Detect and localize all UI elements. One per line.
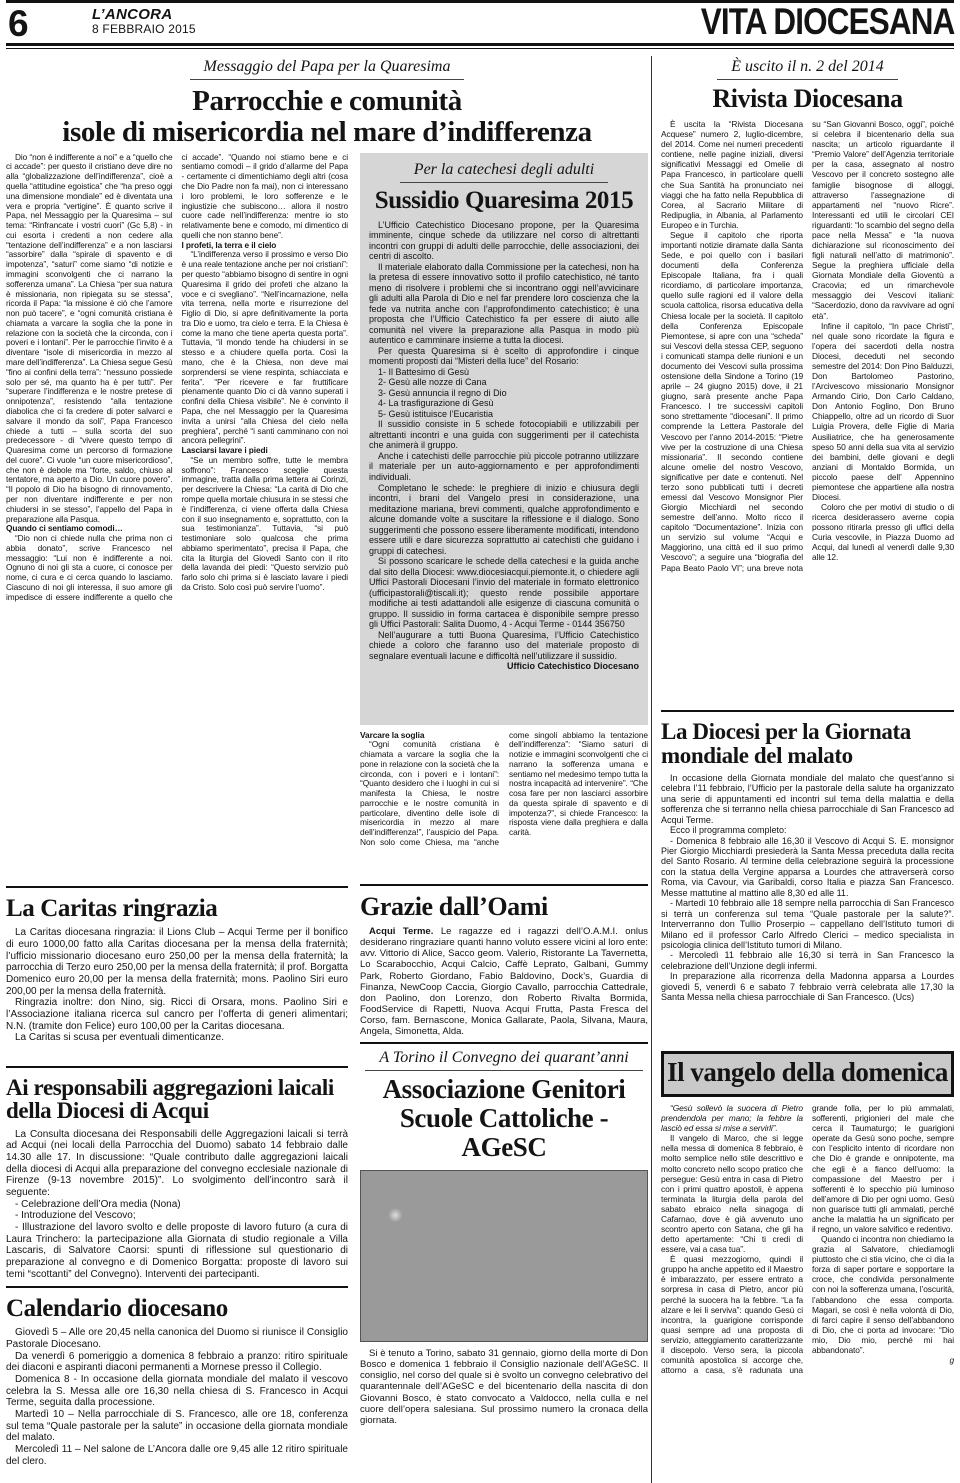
- paragraph: Dio “non è indifferente a noi” e a “quel…: [6, 153, 173, 525]
- paragraph: - Martedì 10 febbraio alle 18 sempre nel…: [661, 898, 954, 950]
- caritas-title: La Caritas ringrazia: [6, 896, 348, 922]
- calendario-body: Giovedì 5 – Alle ore 20,45 nella canonic…: [6, 1327, 348, 1467]
- masthead-title: L’ANCORA: [92, 7, 196, 23]
- paragraph: “Se un membro soffre, tutte le membra so…: [182, 456, 349, 593]
- newspaper-page: 6 L’ANCORA 8 FEBBRAIO 2015 VITA DIOCESAN…: [0, 0, 960, 1483]
- vangelo-body: “Gesù sollevò la suocera di Pietro prend…: [661, 1103, 954, 1425]
- paragraph: Si possono scaricare le schede della cat…: [369, 556, 639, 630]
- calendario-title: Calendario diocesano: [6, 1296, 348, 1322]
- paragraph: 1- Il Battesimo di Gesù: [369, 367, 639, 378]
- article-main-header: Messaggio del Papa per la Quaresima Parr…: [6, 58, 648, 149]
- section-divider: [360, 1042, 648, 1044]
- section-divider: [6, 886, 348, 888]
- sussidio-body: L’Ufficio Catechistico Diocesano propone…: [369, 220, 639, 672]
- paragraph: Completano le schede: le preghiere di in…: [369, 483, 639, 557]
- paragraph: Ringrazia inoltre: don Nino, sig. Ricci …: [6, 997, 348, 1032]
- responsabili-title: Ai responsabili aggregazioni laicali del…: [6, 1076, 348, 1123]
- article-caritas: La Caritas ringrazia La Caritas diocesan…: [6, 893, 348, 1061]
- paragraph: Nell’augurare a tutti Buona Quaresima, l…: [369, 630, 639, 662]
- malato-body: In occasione della Giornata mondiale del…: [661, 773, 954, 1003]
- oami-body: Acqui Terme. Le ragazze ed i ragazzi del…: [360, 926, 648, 1036]
- paragraph: Quando ci incontra non chiediamo la graz…: [812, 1234, 954, 1355]
- header-rule: [6, 43, 954, 49]
- paragraph: Ecco il programma completo:: [661, 825, 954, 835]
- article-malato: La Diocesi per la Giornata mondiale del …: [661, 717, 954, 1047]
- paragraph: - Introduzione del Vescovo;: [6, 1210, 348, 1222]
- paragraph: Il vangelo di Marco, che si legge nella …: [661, 1133, 803, 1254]
- paragraph: Per questa Quaresima si è scelto di appr…: [369, 346, 639, 367]
- paragraph: In preparazione alla ricorrenza della Ma…: [661, 971, 954, 1002]
- paragraph: Il sussidio consiste in 5 schede fotocop…: [369, 419, 639, 451]
- masthead-date: 8 FEBBRAIO 2015: [92, 23, 196, 36]
- paragraph: Da venerdì 6 pomeriggio a domenica 8 feb…: [6, 1351, 348, 1374]
- page-number: 6: [8, 5, 29, 42]
- vangelo-banner: Il vangelo della domenica: [661, 1051, 954, 1097]
- masthead: L’ANCORA 8 FEBBRAIO 2015: [92, 7, 196, 35]
- main-kicker: Messaggio del Papa per la Quaresima: [6, 58, 648, 80]
- section-divider: [360, 884, 648, 886]
- section-divider: [6, 1286, 348, 1288]
- paragraph: - Celebrazione dell’Ora media (Nona): [6, 1199, 348, 1211]
- rivista-kicker: È uscito il n. 2 del 2014: [661, 58, 954, 80]
- article-oami: Grazie dall’Oami Acqui Terme. Le ragazze…: [360, 891, 648, 1037]
- paragraph: Coloro che per motivi di studio o di ric…: [812, 502, 954, 562]
- article-responsabili: Ai responsabili aggregazioni laicali del…: [6, 1073, 348, 1281]
- paragraph: “Ogni comunità cristiana è chiamata a va…: [360, 731, 648, 848]
- article-calendario: Calendario diocesano Giovedì 5 – Alle or…: [6, 1293, 348, 1483]
- sussidio-title: Sussidio Quaresima 2015: [369, 187, 639, 214]
- agesc-body: Si è tenuto a Torino, sabato 31 gennaio,…: [360, 1348, 648, 1426]
- paragraph: 2- Gesù alle nozze di Cana: [369, 377, 639, 388]
- paragraph: Il materiale elaborato dalla Commissione…: [369, 262, 639, 346]
- paragraph: Si è tenuto a Torino, sabato 31 gennaio,…: [360, 1348, 648, 1426]
- article-rivista: È uscito il n. 2 del 2014 Rivista Dioces…: [661, 58, 954, 705]
- paragraph: - Mercoledì 11 febbraio alle 16,30 si te…: [661, 950, 954, 971]
- paragraph: La Caritas si scusa per eventuali diment…: [6, 1032, 348, 1044]
- rivista-headline: Rivista Diocesana: [661, 85, 954, 113]
- agesc-kicker: A Torino il Convegno dei quarant’anni: [360, 1049, 648, 1071]
- agesc-group-photo: [360, 1170, 648, 1342]
- paragraph: Martedì 10 – Nella parrocchiale di S. Fr…: [6, 1409, 348, 1444]
- section-divider: [661, 710, 954, 712]
- page-header: 6 L’ANCORA 8 FEBBRAIO 2015 VITA DIOCESAN…: [6, 0, 954, 49]
- paragraph: 5- Gesù istituisce l’Eucaristia: [369, 409, 639, 420]
- paragraph: Domenica 8 - In occasione della giornata…: [6, 1374, 348, 1409]
- paragraph: Mercoledì 11 – Nel salone de L’Ancora da…: [6, 1444, 348, 1467]
- malato-title: La Diocesi per la Giornata mondiale del …: [661, 720, 954, 767]
- paragraph: 3- Gesù annuncia il regno di Dio: [369, 388, 639, 399]
- paragraph: “Gesù sollevò la suocera di Pietro prend…: [661, 1103, 803, 1133]
- paragraph: “L’indifferenza verso il prossimo e vers…: [182, 250, 349, 446]
- article-agesc: A Torino il Convegno dei quarant’anni As…: [360, 1049, 648, 1426]
- paragraph: In occasione della Giornata mondiale del…: [661, 773, 954, 825]
- paragraph: Acqui Terme. Le ragazze ed i ragazzi del…: [360, 926, 648, 1036]
- section-divider: [6, 1066, 348, 1068]
- paragraph: Anche i catechisti delle parrocchie più …: [369, 451, 639, 483]
- section-title: VITA DIOCESANA: [700, 1, 954, 43]
- sussidio-kicker: Per la catechesi degli adulti: [369, 161, 639, 183]
- paragraph: - Domenica 8 febbraio alle 16,30 il Vesc…: [661, 836, 954, 899]
- paragraph: Ufficio Catechistico Diocesano: [369, 661, 639, 672]
- rivista-body: È uscita la “Rivista Diocesana Acquese” …: [661, 119, 954, 705]
- main-article-body: Dio “non è indifferente a noi” e a “quel…: [6, 153, 348, 881]
- paragraph: Infine il capitolo, “In pace Christi”, n…: [812, 321, 954, 502]
- responsabili-body: La Consulta diocesana dei Responsabili d…: [6, 1129, 348, 1281]
- main-headline: Parrocchie e comunità isole di misericor…: [6, 86, 648, 149]
- paragraph: g: [812, 1355, 954, 1365]
- main-article-continuation: Varcare la soglia“Ogni comunità cristian…: [360, 731, 648, 879]
- paragraph: La Caritas diocesana ringrazia: il Lions…: [6, 927, 348, 997]
- box-sussidio: Per la catechesi degli adulti Sussidio Q…: [360, 153, 648, 725]
- paragraph: L’Ufficio Catechistico Diocesano propone…: [369, 220, 639, 262]
- paragraph: - Illustrazione del lavoro svolto e dell…: [6, 1222, 348, 1280]
- paragraph: È uscita la “Rivista Diocesana Acquese” …: [661, 119, 803, 230]
- paragraph: 4- La trasfigurazione di Gesù: [369, 398, 639, 409]
- oami-title: Grazie dall’Oami: [360, 894, 648, 921]
- paragraph: La Consulta diocesana dei Responsabili d…: [6, 1129, 348, 1199]
- article-vangelo: Il vangelo della domenica “Gesù sollevò …: [661, 1051, 954, 1425]
- paragraph-lead: Acqui Terme.: [369, 926, 441, 937]
- paragraph: Giovedì 5 – Alle ore 20,45 nella canonic…: [6, 1327, 348, 1350]
- caritas-body: La Caritas diocesana ringrazia: il Lions…: [6, 927, 348, 1044]
- agesc-headline: Associazione Genitori Scuole Cattoliche …: [360, 1075, 648, 1162]
